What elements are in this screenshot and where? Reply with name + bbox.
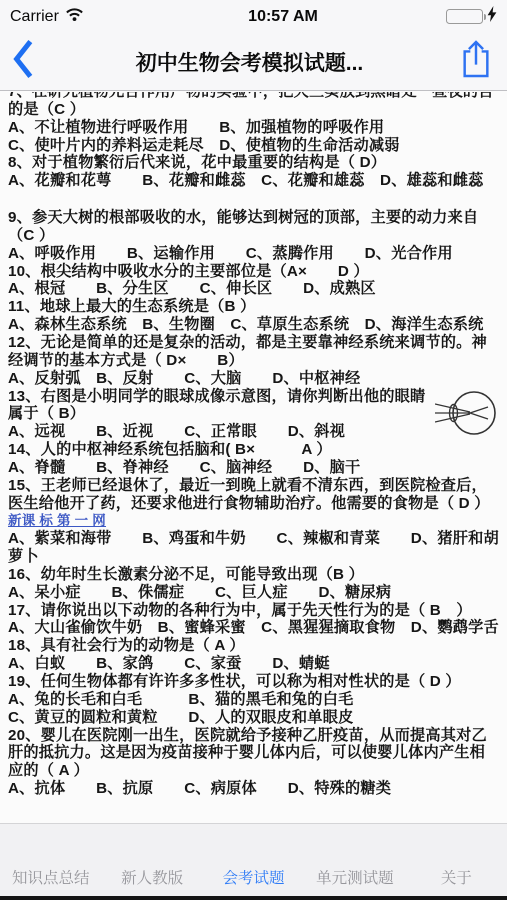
question-line: A、紫菜和海带 B、鸡蛋和牛奶 C、辣椒和青菜 D、猪肝和胡萝卜: [8, 530, 499, 566]
question-line: A、白蚁 B、家鸽 C、家蚕 D、蜻蜓: [8, 655, 499, 673]
nav-bar: 初中生物会考模拟试题...: [0, 33, 507, 91]
share-button[interactable]: [457, 39, 495, 85]
clock-label: 10:57 AM: [120, 8, 446, 26]
question-line: A、远视 B、近视 C、正常眼 D、斜视: [8, 423, 499, 441]
app-screen: Carrier 10:57 AM: [0, 0, 507, 900]
page-title: 初中生物会考模拟试题...: [42, 47, 457, 77]
question-line: 11、地球上最大的生态系统是（B ）: [8, 298, 499, 316]
question-line: A、兔的长毛和白毛 B、猫的黑毛和兔的白毛: [8, 691, 499, 709]
question-line: A、大山雀偷饮牛奶 B、蜜蜂采蜜 C、黑猩猩摘取食物 D、鹦鹉学舌: [8, 619, 499, 637]
question-line: A、反射弧 B、反射 C、大脑 D、中枢神经: [8, 370, 499, 388]
question-line: 19、任何生物体都有许许多多性状，可以称为相对性状的是（ D ）: [8, 673, 499, 691]
eye-diagram-image: [435, 388, 499, 438]
bottom-edge: [0, 896, 507, 900]
blank-line: [8, 190, 499, 209]
question-line: A、不让植物进行呼吸作用 B、加强植物的呼吸作用: [8, 119, 499, 137]
tab-label: 单元测试题: [316, 870, 394, 887]
question-line: C、使叶片内的养料运走耗尽 D、使植物的生命活动减弱: [8, 137, 499, 155]
question-line: 15、王老师已经退休了，最近一到晚上就看不清东西，到医院检查后，医生给他开了药，…: [8, 477, 499, 531]
status-bar: Carrier 10:57 AM: [0, 0, 507, 33]
tab-label: 关于: [441, 870, 472, 887]
question-line: 17、请你说出以下动物的各种行为中，属于先天性行为的是（ B ）: [8, 602, 499, 620]
question-line: 7、在研究植物光合作用产物的实验中，把天竺葵放到黑暗处一昼夜的目的是（C ）: [8, 92, 499, 119]
tab-item-单元测试题[interactable]: 单元测试题: [304, 866, 405, 888]
question-line: A、花瓣和花萼 B、花瓣和雌蕊 C、花瓣和雄蕊 D、雄蕊和雌蕊: [8, 172, 499, 190]
share-icon: [459, 38, 493, 85]
question-line: A、呼吸作用 B、运输作用 C、蒸腾作用 D、光合作用: [8, 245, 499, 263]
tab-item-新人教版[interactable]: 新人教版: [101, 866, 202, 888]
question-line: 18、具有社会行为的动物是（ A ）: [8, 637, 499, 655]
tab-label: 知识点总结: [12, 870, 90, 887]
back-button[interactable]: [12, 39, 42, 85]
question-list: 7、在研究植物光合作用产物的实验中，把天竺葵放到黑暗处一昼夜的目的是（C ）A、…: [8, 92, 499, 798]
question-line: 20、婴儿在医院刚一出生，医院就给予接种乙肝疫苗，从而提高其对乙肝的抵抗力。这是…: [8, 727, 499, 781]
tab-label: 会考试题: [223, 870, 285, 887]
question-line: A、脊髓 B、脊神经 C、脑神经 D、脑干: [8, 459, 499, 477]
tab-bar: 知识点总结 新人教版 会考试题 单元测试题 关于: [0, 823, 507, 896]
question-line: 8、对于植物繁衍后代来说，花中最重要的结构是（ D）: [8, 154, 499, 172]
question-line: 10、根尖结构中吸收水分的主要部位是（A× D ）: [8, 263, 499, 281]
question-line: 13、右图是小明同学的眼球成像示意图，请你判断出他的眼睛属于（ B）: [8, 388, 499, 424]
question-line: A、呆小症 B、侏儒症 C、巨人症 D、糖尿病: [8, 584, 499, 602]
watermark-link[interactable]: 新课 标 第 一 网: [8, 513, 106, 528]
charging-bolt-icon: [487, 6, 497, 27]
tab-item-关于[interactable]: 关于: [406, 866, 507, 888]
battery-icon: [446, 9, 483, 24]
question-line: 9、参天大树的根部吸收的水，能够达到树冠的顶部，主要的动力来自（C ）: [8, 209, 499, 245]
content-area[interactable]: 7、在研究植物光合作用产物的实验中，把天竺葵放到黑暗处一昼夜的目的是（C ）A、…: [0, 92, 507, 823]
tab-label: 新人教版: [121, 870, 183, 887]
question-line: 14、人的中枢神经系统包括脑和( B× A ）: [8, 441, 499, 459]
question-line: A、森林生态系统 B、生物圈 C、草原生态系统 D、海洋生态系统: [8, 316, 499, 334]
question-line: A、根冠 B、分生区 C、伸长区 D、成熟区: [8, 280, 499, 298]
carrier-label: Carrier: [10, 8, 59, 26]
chevron-left-icon: [12, 37, 34, 86]
question-line: C、黄豆的圆粒和黄粒 D、人的双眼皮和单眼皮: [8, 709, 499, 727]
tab-item-知识点总结[interactable]: 知识点总结: [0, 866, 101, 888]
question-line: 12、无论是简单的还是复杂的活动，都是主要靠神经系统来调节的。神经调节的基本方式…: [8, 334, 499, 370]
tab-item-会考试题[interactable]: 会考试题: [203, 866, 304, 888]
question-line: A、抗体 B、抗原 C、病原体 D、特殊的糖类: [8, 780, 499, 798]
wifi-icon: [65, 7, 84, 27]
question-line: 16、幼年时生长激素分泌不足，可能导致出现（B ）: [8, 566, 499, 584]
